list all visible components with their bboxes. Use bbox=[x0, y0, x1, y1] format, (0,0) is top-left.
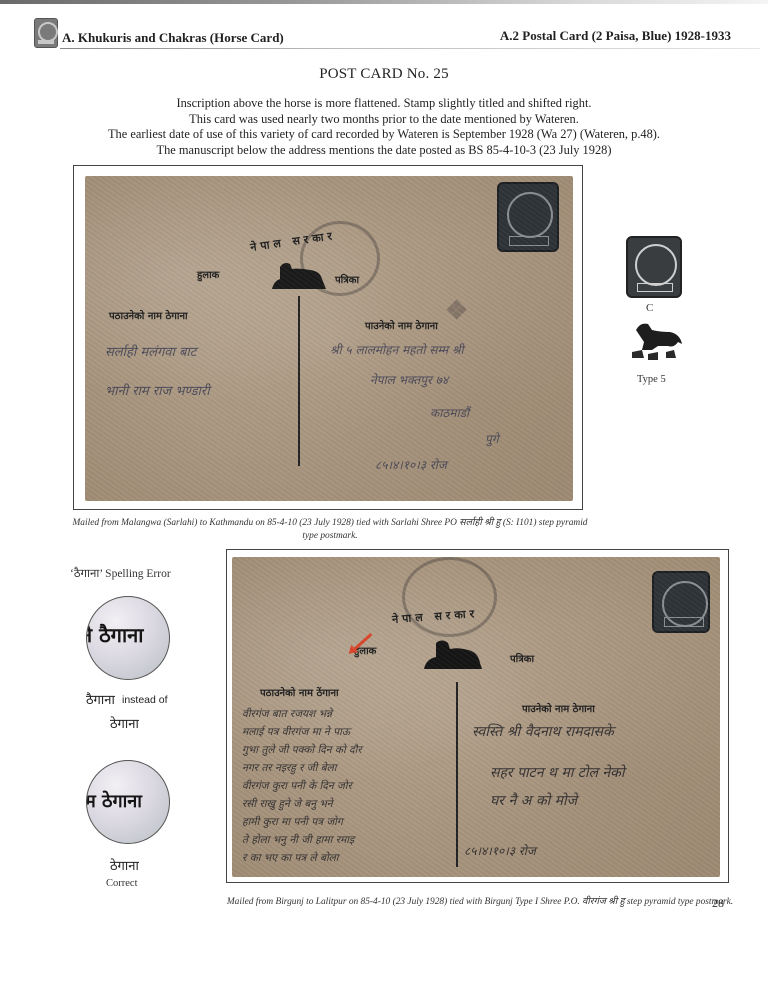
wrong-spelling: ठैगाना bbox=[86, 690, 115, 708]
correct-spelling: ठेगाना bbox=[110, 856, 139, 874]
khukuri-stamp-icon bbox=[652, 571, 710, 633]
magnified-error-circle: ने ठैगाना bbox=[86, 596, 170, 680]
recipient-line: स्वस्ति श्री वैदनाथ रामदासके bbox=[472, 722, 614, 741]
recipient-heading: पाउनेको नाम ठेगाना bbox=[365, 318, 438, 332]
message-line: हामी कुरा मा पनी पत्र जोग bbox=[242, 815, 343, 829]
top-rule bbox=[0, 0, 768, 4]
khukuri-emblem-icon bbox=[34, 18, 58, 48]
khukuri-stamp-icon bbox=[497, 182, 559, 252]
recipient-line: नेपाल भक्तपुर ७४ bbox=[370, 371, 448, 388]
page-number: 28 bbox=[712, 896, 724, 911]
stamp-type-label: C bbox=[646, 302, 653, 314]
card-divider-line bbox=[298, 296, 300, 466]
recipient-line: काठमाडौं bbox=[430, 404, 469, 421]
left-label: हुलाक bbox=[354, 643, 376, 657]
recipient-line: श्री ५ लालमोहन महतो सम्म श्री bbox=[330, 341, 464, 358]
arc-inscription: नेपाल सरकार bbox=[392, 606, 479, 627]
message-line: वीरगंज बात रजयश भन्ने bbox=[242, 707, 332, 721]
recipient-line: सहर पाटन थ मा टोल नेको bbox=[490, 763, 625, 782]
header-divider bbox=[60, 48, 760, 49]
stamp-type-c-icon bbox=[626, 236, 682, 298]
intro-line: Inscription above the horse is more flat… bbox=[60, 96, 708, 112]
right-spelling: ठेगाना bbox=[110, 714, 139, 732]
date-note: ८५।४।१०।३ रोज bbox=[464, 842, 536, 859]
horse-type-5-icon bbox=[628, 320, 686, 362]
magnified-correct-text: म ठेगाना bbox=[86, 789, 142, 813]
sender-heading: पठाउनेको नाम ठेंगाना bbox=[260, 685, 339, 699]
sender-line: भानी राम राज भण्डारी bbox=[105, 381, 210, 399]
magnified-error-text: ने ठैगाना bbox=[86, 621, 143, 648]
sender-heading: पठाउनेको नाम ठेगाना bbox=[109, 308, 188, 322]
chapter-title: A.2 Postal Card (2 Paisa, Blue) 1928-193… bbox=[500, 28, 731, 44]
left-label: हुलाक bbox=[197, 267, 219, 281]
section-title: A. Khukuris and Chakras (Horse Card) bbox=[62, 30, 284, 46]
message-line: र का भए का पत्र ले बोला bbox=[242, 851, 339, 865]
intro-line: The earliest date of use of this variety… bbox=[60, 127, 708, 143]
postmark-icon bbox=[402, 557, 497, 637]
page-header: A. Khukuris and Chakras (Horse Card) A.2… bbox=[0, 8, 768, 44]
intro-line: The manuscript below the address mention… bbox=[60, 143, 708, 159]
recipient-line: घर नै अ को मोजे bbox=[490, 791, 577, 810]
message-line: ते होला भनु नी जी हामा रमाइ bbox=[242, 833, 354, 847]
recipient-heading: पाउनेको नाम ठेगाना bbox=[522, 701, 595, 715]
message-line: मलाई पत्र वीरगंज मा ने पाऊ bbox=[242, 725, 350, 739]
page-title: POST CARD No. 25 bbox=[0, 66, 768, 83]
faint-postmark-icon: ❖ bbox=[445, 296, 468, 326]
message-line: गुभा तुले जी पक्को दिन को दौर bbox=[242, 743, 362, 757]
magnified-correct-circle: म ठेगाना bbox=[86, 760, 170, 844]
intro-text: Inscription above the horse is more flat… bbox=[60, 96, 708, 158]
card-divider-line bbox=[456, 682, 458, 867]
postmark-icon bbox=[300, 221, 380, 296]
spelling-error-title: ‘ठैगाना’ Spelling Error bbox=[70, 566, 171, 581]
message-line: रसी राखु हुने जे बनु भने bbox=[242, 797, 333, 811]
postcard-2-image: नेपाल सरकार हुलाक पत्रिका पठाउनेको नाम ठ… bbox=[232, 557, 720, 877]
recipient-line: पुगे bbox=[485, 430, 499, 447]
intro-line: This card was used nearly two months pri… bbox=[60, 112, 708, 128]
recipient-line: ८५।४।१०।३ रोज bbox=[375, 456, 447, 473]
postcard-2-caption: Mailed from Birgunj to Lalitpur on 85-4-… bbox=[225, 896, 735, 909]
postcard-1-image: ❖ नेपाल सरकार हुलाक पत्रिका पठाउनेको नाम… bbox=[85, 176, 573, 501]
red-arrow-pointer bbox=[351, 633, 372, 653]
instead-of-text: instead of bbox=[122, 694, 168, 706]
message-line: नगर तर नइरहु र जी बेला bbox=[242, 761, 337, 775]
right-label: पत्रिका bbox=[335, 272, 359, 286]
correct-label: Correct bbox=[106, 878, 138, 889]
sender-line: सर्लाही मलंगवा बाट bbox=[105, 342, 196, 360]
horse-type-label: Type 5 bbox=[637, 374, 666, 385]
right-label: पत्रिका bbox=[510, 651, 534, 665]
arc-inscription: नेपाल सरकार bbox=[249, 228, 336, 255]
postcard-1-caption: Mailed from Malangwa (Sarlahi) to Kathma… bbox=[70, 517, 590, 543]
message-line: वीरगंज कुरा पनी के दिन जोर bbox=[242, 779, 352, 793]
horse-icon bbox=[424, 639, 482, 671]
horse-icon bbox=[270, 261, 328, 293]
